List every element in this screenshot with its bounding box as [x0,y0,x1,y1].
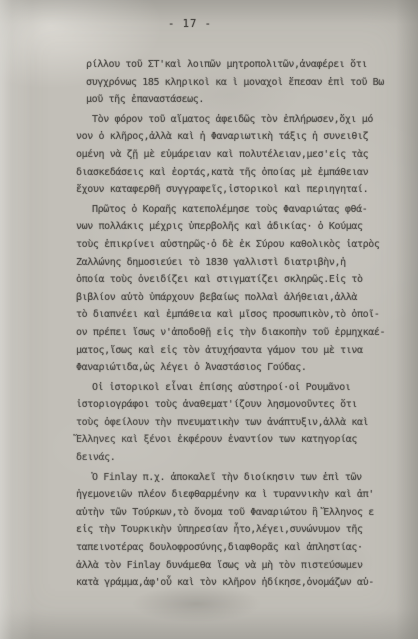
text-line: τὸ διαπνέει καὶ ἐμπάθεια καὶ μῖσος προσω… [76,306,384,324]
text-line: ον πρέπει ἴσως ν'ἀποδοθῇ εἰς τὴν διακοπὴ… [76,324,384,342]
text-line: συγχρόνως 185 κληρικοὶ κα ὶ μοναχοὶ ἔπεσ… [86,74,384,92]
text-line: Οἱ ἱστορικοὶ εἶναι ἐπίσης αὐστηροί·οἱ Ρο… [76,379,384,397]
text-line: ἔχουν καταφερθῆ συγγραφεῖς,ἱστορικοὶ καὶ… [76,181,384,199]
text-line: δεινάς. [76,449,384,467]
paragraph: ρίλλου τοῦ ΣΤ'καὶ λοιπῶν μητροπολιτῶν,ἀν… [76,56,384,109]
text-line: κατὰ γράμμα,ἀφ'οὗ καὶ τὸν κλῆρον ἠδίκησε… [76,574,384,592]
text-line: νων πολλάκις μέχρις ὑπερβολῆς καὶ ἀδικία… [76,218,384,236]
text-line: Ἕλληνες καὶ ξένοι ἐκφέρουν ἐναντίον των … [76,431,384,449]
paragraph: Οἱ ἱστορικοὶ εἶναι ἐπίσης αὐστηροί·οἱ Ρο… [76,379,384,467]
scanned-page: - 17 - ρίλλου τοῦ ΣΤ'καὶ λοιπῶν μητροπολ… [0,0,418,639]
text-line: ρίλλου τοῦ ΣΤ'καὶ λοιπῶν μητροπολιτῶν,ἀν… [86,56,384,74]
text-line: ἀλλὰ τὸν Finlay δυνάμεθα ἴσως νὰ μὴ τὸν … [76,557,384,575]
text-line: Τὸν φόρον τοῦ αἵματος ἀφειδῶς τὸν ἐπλήρω… [76,111,384,129]
text-line: τοὺς ὀφείλουν τὴν πνευματικὴν των ἀνάπτυ… [76,414,384,432]
text-line: διασκεδάσεις καὶ ἑορτάς,κατὰ τῆς ὁποίας … [76,164,384,182]
text-line: τοὺς ἐπικρίνει αὐστηρῶς·ὁ δὲ ἐκ Σύρου κα… [76,236,384,254]
text-line: μοῦ τῆς ἐπαναστάσεως. [86,91,384,109]
text-line: Φαναριώτιδα,ὡς λέγει ὁ Ἀναστάσιος Γούδας… [76,359,384,377]
text-block: ρίλλου τοῦ ΣΤ'καὶ λοιπῶν μητροπολιτῶν,ἀν… [76,56,384,594]
paragraph: Ὁ Finlay π.χ. ἀποκαλεῖ τὴν διοίκησιν των… [76,469,384,592]
text-line: εἰς τὴν Τουρκικὴν ὑπηρεσίαν ἦτο,λέγει,συ… [76,521,384,539]
paragraph: Τὸν φόρον τοῦ αἵματος ἀφειδῶς τὸν ἐπλήρω… [76,111,384,199]
page-number: - 17 - [160,18,220,30]
text-line: ὁποία τοὺς ὀνειδίζει καὶ στιγματίζει σκλ… [76,271,384,289]
text-line: ἱστοριογράφοι τοὺς ἀναθεματ'ίζουν λησμον… [76,396,384,414]
text-line: βιβλίον αὐτὸ ὑπάρχουν βεβαίως πολλαὶ ἀλή… [76,289,384,307]
text-line: νον ὁ κλῆρος,ἀλλὰ καὶ ἡ Φαναριωτικὴ τάξι… [76,128,384,146]
text-line: ομένη νὰ ζῇ μὲ εὐμάρειαν καὶ πολυτέλειαν… [76,146,384,164]
text-line: Ὁ Finlay π.χ. ἀποκαλεῖ τὴν διοίκησιν των… [76,469,384,487]
text-line: Ζαλλώνης δημοσιεύει τὸ 1830 γαλλιστὶ δια… [76,254,384,272]
paragraph: Πρῶτος ὁ Κοραῆς κατεπολέμησε τοὺς Φαναρι… [76,201,384,377]
text-line: ταπεινοτέρας δουλοφροσύνης,διαφθορᾶς καὶ… [76,539,384,557]
text-line: ἡγεμονειῶν πλέον διεφθαρμένην κα ὶ τυραν… [76,486,384,504]
text-line: αὐτὴν τῶν Τούρκων,τὸ ὄνομα τοῦ Φαναριώτο… [76,504,384,522]
text-line: ματος,ἴσως καὶ εἰς τὸν ἀτυχήσαντα γάμον … [76,342,384,360]
text-line: Πρῶτος ὁ Κοραῆς κατεπολέμησε τοὺς Φαναρι… [76,201,384,219]
